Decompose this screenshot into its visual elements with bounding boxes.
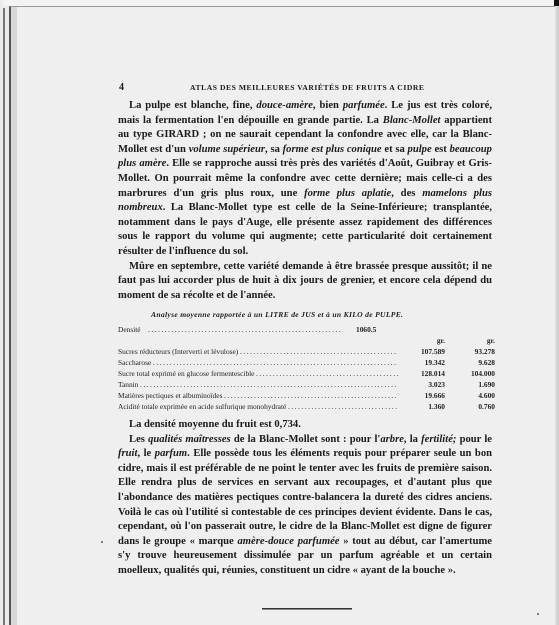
text-run: Les — [129, 434, 148, 445]
row-label: Tannin — [118, 380, 138, 389]
row-label: Sucre total exprimé en glucose fermentes… — [118, 369, 254, 378]
unit-jus: gr. — [403, 336, 445, 345]
value-pulpe: 1.690 — [453, 380, 495, 389]
value-pulpe: 93.278 — [453, 347, 495, 356]
value-pulpe: 9.628 — [453, 358, 495, 367]
paragraph: La densité moyenne du fruit est 0,734. — [118, 418, 492, 433]
text-run: La pulpe est blanche, fine, — [129, 100, 256, 111]
leader-dots: ........................................… — [224, 391, 398, 400]
paragraph: Les qualités maîtresses de la Blanc-Moll… — [118, 433, 492, 579]
text-run: . Elle possède tous les éléments requis … — [118, 448, 492, 547]
emphasis-text: Blanc-Mollet — [383, 115, 441, 126]
paragraph: La pulpe est blanche, fine, douce-amère,… — [118, 99, 492, 260]
value-jus: 1.360 — [403, 402, 445, 411]
body-text-bottom: La densité moyenne du fruit est 0,734.Le… — [118, 418, 492, 579]
leader-dots: ........................................… — [153, 358, 398, 367]
scan-speck — [101, 541, 103, 543]
text-run: de la Blanc-Mollet sont : pour l' — [231, 434, 381, 445]
leader-dots: ........................................… — [148, 325, 343, 334]
density-label: Densité — [118, 325, 141, 334]
emphasis-text: arbre — [380, 434, 404, 445]
row-label: Acidité totale exprimée en acide sulfuri… — [118, 402, 286, 411]
text-run: pour le — [456, 434, 492, 445]
leader-dots: ........................................… — [240, 347, 398, 356]
page-edge-left — [3, 8, 5, 625]
emphasis-text: douce-amère — [256, 100, 312, 111]
emphasis-text: parfumée — [343, 100, 385, 111]
row-label: Matières pectiques et albuminoïdes — [118, 391, 222, 400]
body-text-top: La pulpe est blanche, fine, douce-amère,… — [118, 99, 492, 303]
analysis-title: Analyse moyenne rapportée à un LITRE de … — [151, 310, 403, 319]
emphasis-text: forme est plus conique — [283, 144, 382, 155]
unit-pulpe: gr. — [453, 336, 495, 345]
emphasis-text: parfum — [155, 448, 187, 459]
value-pulpe: 104.000 — [453, 369, 495, 378]
emphasis-text: fruit — [118, 448, 137, 459]
page-header: 4 ATLAS DES MEILLEURES VARIÉTÉS DE FRUIT… — [114, 82, 494, 96]
value-pulpe: 4.600 — [453, 391, 495, 400]
text-run: , des — [391, 188, 422, 199]
table-row: Sucres réducteurs (Interverti et lévulos… — [118, 347, 498, 358]
section-end-rule — [262, 608, 352, 610]
page-number: 4 — [119, 82, 124, 93]
text-run: La densité moyenne du fruit est 0,734. — [129, 419, 301, 430]
running-title: ATLAS DES MEILLEURES VARIÉTÉS DE FRUITS … — [190, 83, 425, 92]
value-pulpe: 0.760 — [453, 402, 495, 411]
leader-dots: ........................................… — [140, 380, 398, 389]
value-jus: 19.666 — [403, 391, 445, 400]
emphasis-text: qualités maîtresses — [148, 434, 231, 445]
paragraph: Mûre en septembre, cette variété demande… — [118, 260, 492, 304]
leader-dots: ........................................… — [256, 369, 398, 378]
emphasis-text: fertilité; — [421, 434, 456, 445]
emphasis-text: amère-douce parfumée — [237, 536, 339, 547]
leader-dots: ........................................… — [288, 402, 398, 411]
text-run: . La Blanc-Mollet type est celle de la S… — [118, 202, 492, 257]
density-value: 1060.5 — [356, 325, 376, 334]
value-jus: 107.589 — [403, 347, 445, 356]
row-label: Sucres réducteurs (Interverti et lévulos… — [118, 347, 238, 356]
text-run: Mûre en septembre, cette variété demande… — [118, 261, 492, 301]
value-jus: 19.342 — [403, 358, 445, 367]
value-jus: 3.023 — [403, 380, 445, 389]
text-run: , la — [404, 434, 421, 445]
table-row: Sucre total exprimé en glucose fermentes… — [118, 369, 498, 380]
table-row: Matières pectiques et albuminoïdes......… — [118, 391, 498, 402]
text-run: est — [432, 144, 450, 155]
table-row: Saccharose..............................… — [118, 358, 498, 369]
text-run: , le — [137, 448, 154, 459]
table-row: Tannin..................................… — [118, 380, 498, 391]
text-run: , sa — [265, 144, 283, 155]
emphasis-text: forme plus aplatie — [304, 188, 391, 199]
page-edge-right — [555, 6, 559, 625]
emphasis-text: pulpe — [408, 144, 432, 155]
text-run: et sa — [382, 144, 408, 155]
scan-speck — [537, 613, 539, 615]
row-label: Saccharose — [118, 358, 151, 367]
table-row: Acidité totale exprimée en acide sulfuri… — [118, 402, 498, 413]
text-run: , bien — [313, 100, 343, 111]
emphasis-text: volume supérieur — [189, 144, 265, 155]
value-jus: 128.014 — [403, 369, 445, 378]
